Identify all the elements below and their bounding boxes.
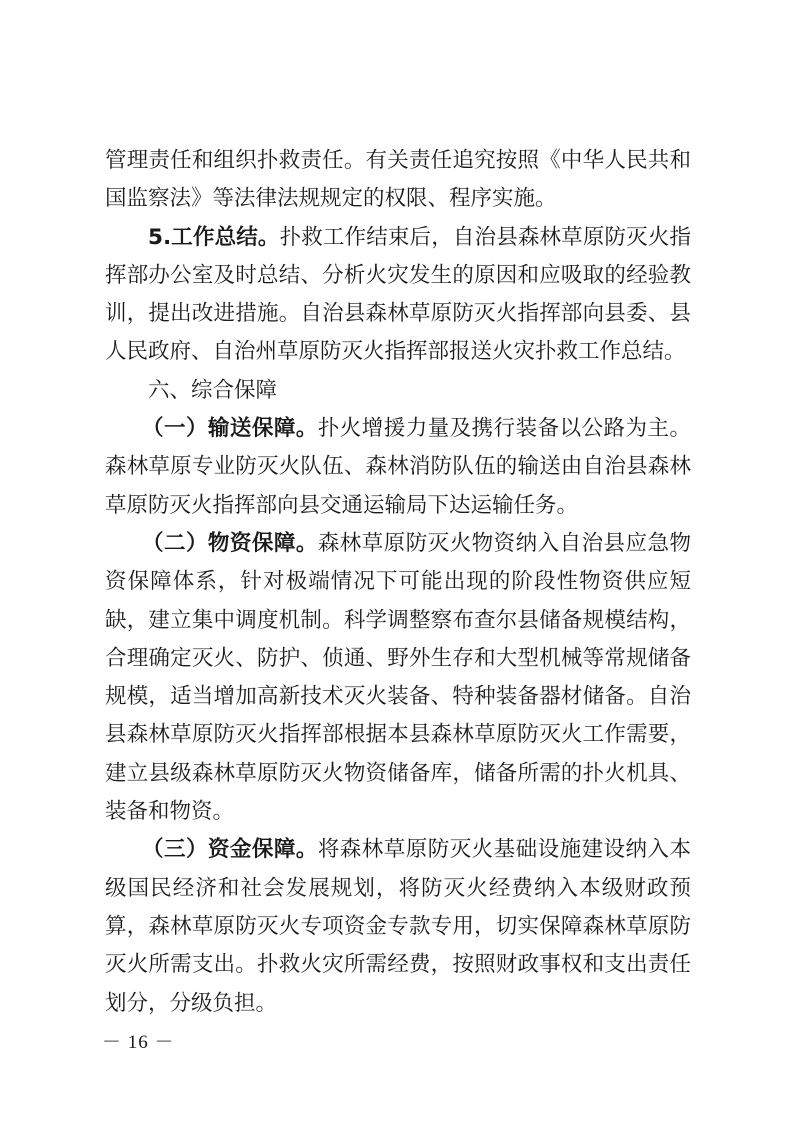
subsection-lead: （一）输送保障。: [142, 416, 318, 441]
subsection-materials: （二）物资保障。森林草原防灭火物资纳入自治县应急物资保障体系，针对极端情况下可能…: [105, 525, 691, 831]
subsection-lead: （二）物资保障。: [142, 531, 318, 556]
subsection-transport: （一）输送保障。扑火增援力量及携行装备以公路为主。森林草原专业防灭火队伍、森林消…: [105, 410, 691, 525]
subsection-funding: （三）资金保障。将森林草原防灭火基础设施建设纳入本级国民经济和社会发展规划，将防…: [105, 831, 691, 1022]
page-number: － 16 －: [102, 1027, 175, 1054]
subsection-text: 将森林草原防灭火基础设施建设纳入本级国民经济和社会发展规划，将防灭火经费纳入本级…: [105, 837, 691, 1015]
section-heading: 六、综合保障: [105, 372, 691, 410]
subsection-text: 森林草原防灭火物资纳入自治县应急物资保障体系，针对极端情况下可能出现的阶段性物资…: [105, 531, 691, 824]
subsection-lead: （三）资金保障。: [142, 837, 318, 862]
document-page: 管理责任和组织扑救责任。有关责任追究按照《中华人民共和国监察法》等法律法规规定的…: [105, 142, 691, 1023]
paragraph-work-summary: 5.工作总结。扑救工作结束后，自治县森林草原防灭火指挥部办公室及时总结、分析火灾…: [105, 219, 691, 372]
paragraph-accountability: 管理责任和组织扑救责任。有关责任追究按照《中华人民共和国监察法》等法律法规规定的…: [105, 142, 691, 219]
paragraph-lead: 5.工作总结。: [148, 225, 280, 250]
paragraph-text: 管理责任和组织扑救责任。有关责任追究按照《中华人民共和国监察法》等法律法规规定的…: [105, 148, 691, 211]
